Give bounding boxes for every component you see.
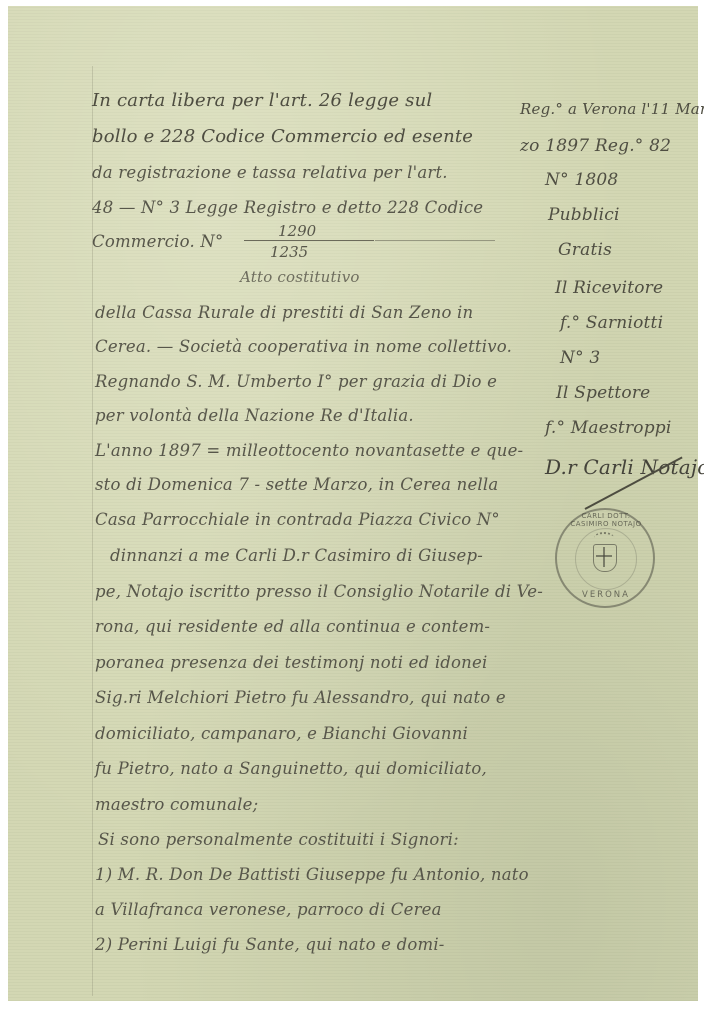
fee-numerator: 1290 xyxy=(278,222,316,240)
body-line: pe, Notajo iscritto presso il Consiglio … xyxy=(95,582,543,601)
margin-note-ricevitore: Il Ricevitore xyxy=(555,278,663,298)
margin-note-spettore: Il Spettore xyxy=(556,383,650,403)
header-line-2: bollo e 228 Codice Commercio ed esente xyxy=(92,126,473,147)
margin-note-registration-2: zo 1897 Reg.° 82 xyxy=(520,136,671,156)
stamp-ring-text: CARLI DOTT. CASIMIRO NOTAJO xyxy=(566,512,646,528)
body-line: della Cassa Rurale di prestiti di San Ze… xyxy=(95,303,473,322)
coat-of-arms-icon xyxy=(593,544,617,572)
crown-icon xyxy=(594,532,614,544)
margin-note-number: N° 1808 xyxy=(545,170,618,190)
body-line: per volontà della Nazione Re d'Italia. xyxy=(95,406,414,425)
body-line: a Villafranca veronese, parroco di Cerea xyxy=(95,900,442,919)
body-line: maestro comunale; xyxy=(95,795,258,814)
margin-note-maestroppi: f.° Maestroppi xyxy=(545,418,672,438)
body-line: 2) Perini Luigi fu Sante, qui nato e dom… xyxy=(95,935,445,954)
body-line: Regnando S. M. Umberto I° per grazia di … xyxy=(95,372,497,391)
margin-note-sarniotti: f.° Sarniotti xyxy=(560,313,663,333)
header-line-1: In carta libera per l'art. 26 legge sul xyxy=(92,90,432,111)
body-line: sto di Domenica 7 - sette Marzo, in Cere… xyxy=(95,475,498,494)
stamp-city: VERONA xyxy=(582,590,626,600)
body-line: Sig.ri Melchiori Pietro fu Alessandro, q… xyxy=(95,688,506,707)
header-line-3: da registrazione e tassa relativa per l'… xyxy=(92,163,448,182)
header-line-5: Commercio. N° xyxy=(92,232,223,251)
fee-denominator: 1235 xyxy=(270,243,308,261)
body-line: domiciliato, campanaro, e Bianchi Giovan… xyxy=(95,724,468,743)
body-line: Cerea. — Società cooperativa in nome col… xyxy=(95,337,512,356)
margin-note-gratis: Gratis xyxy=(558,240,612,260)
margin-note-pubblici: Pubblici xyxy=(548,205,620,225)
fraction-bar xyxy=(244,240,374,241)
body-line: fu Pietro, nato a Sanguinetto, qui domic… xyxy=(95,759,487,778)
body-line: 1) M. R. Don De Battisti Giuseppe fu Ant… xyxy=(95,865,529,884)
body-line: poranea presenza dei testimonj noti ed i… xyxy=(95,653,487,672)
fill-line xyxy=(375,240,495,241)
body-line: dinnanzi a me Carli D.r Casimiro di Gius… xyxy=(110,546,483,565)
body-line: rona, qui residente ed alla continua e c… xyxy=(95,617,490,636)
document-title: Atto costitutivo xyxy=(240,268,360,286)
body-line: Si sono personalmente costituiti i Signo… xyxy=(98,830,459,849)
body-line: Casa Parrocchiale in contrada Piazza Civ… xyxy=(95,510,500,529)
cross-icon xyxy=(603,547,605,567)
margin-note-registration: Reg.° a Verona l'11 Mar- xyxy=(520,100,704,118)
header-line-4: 48 — N° 3 Legge Registro e detto 228 Cod… xyxy=(92,198,483,217)
body-line: L'anno 1897 = milleottocento novantasett… xyxy=(95,441,523,460)
cross-icon-bar xyxy=(596,555,612,557)
margin-note-n3: N° 3 xyxy=(560,348,600,368)
